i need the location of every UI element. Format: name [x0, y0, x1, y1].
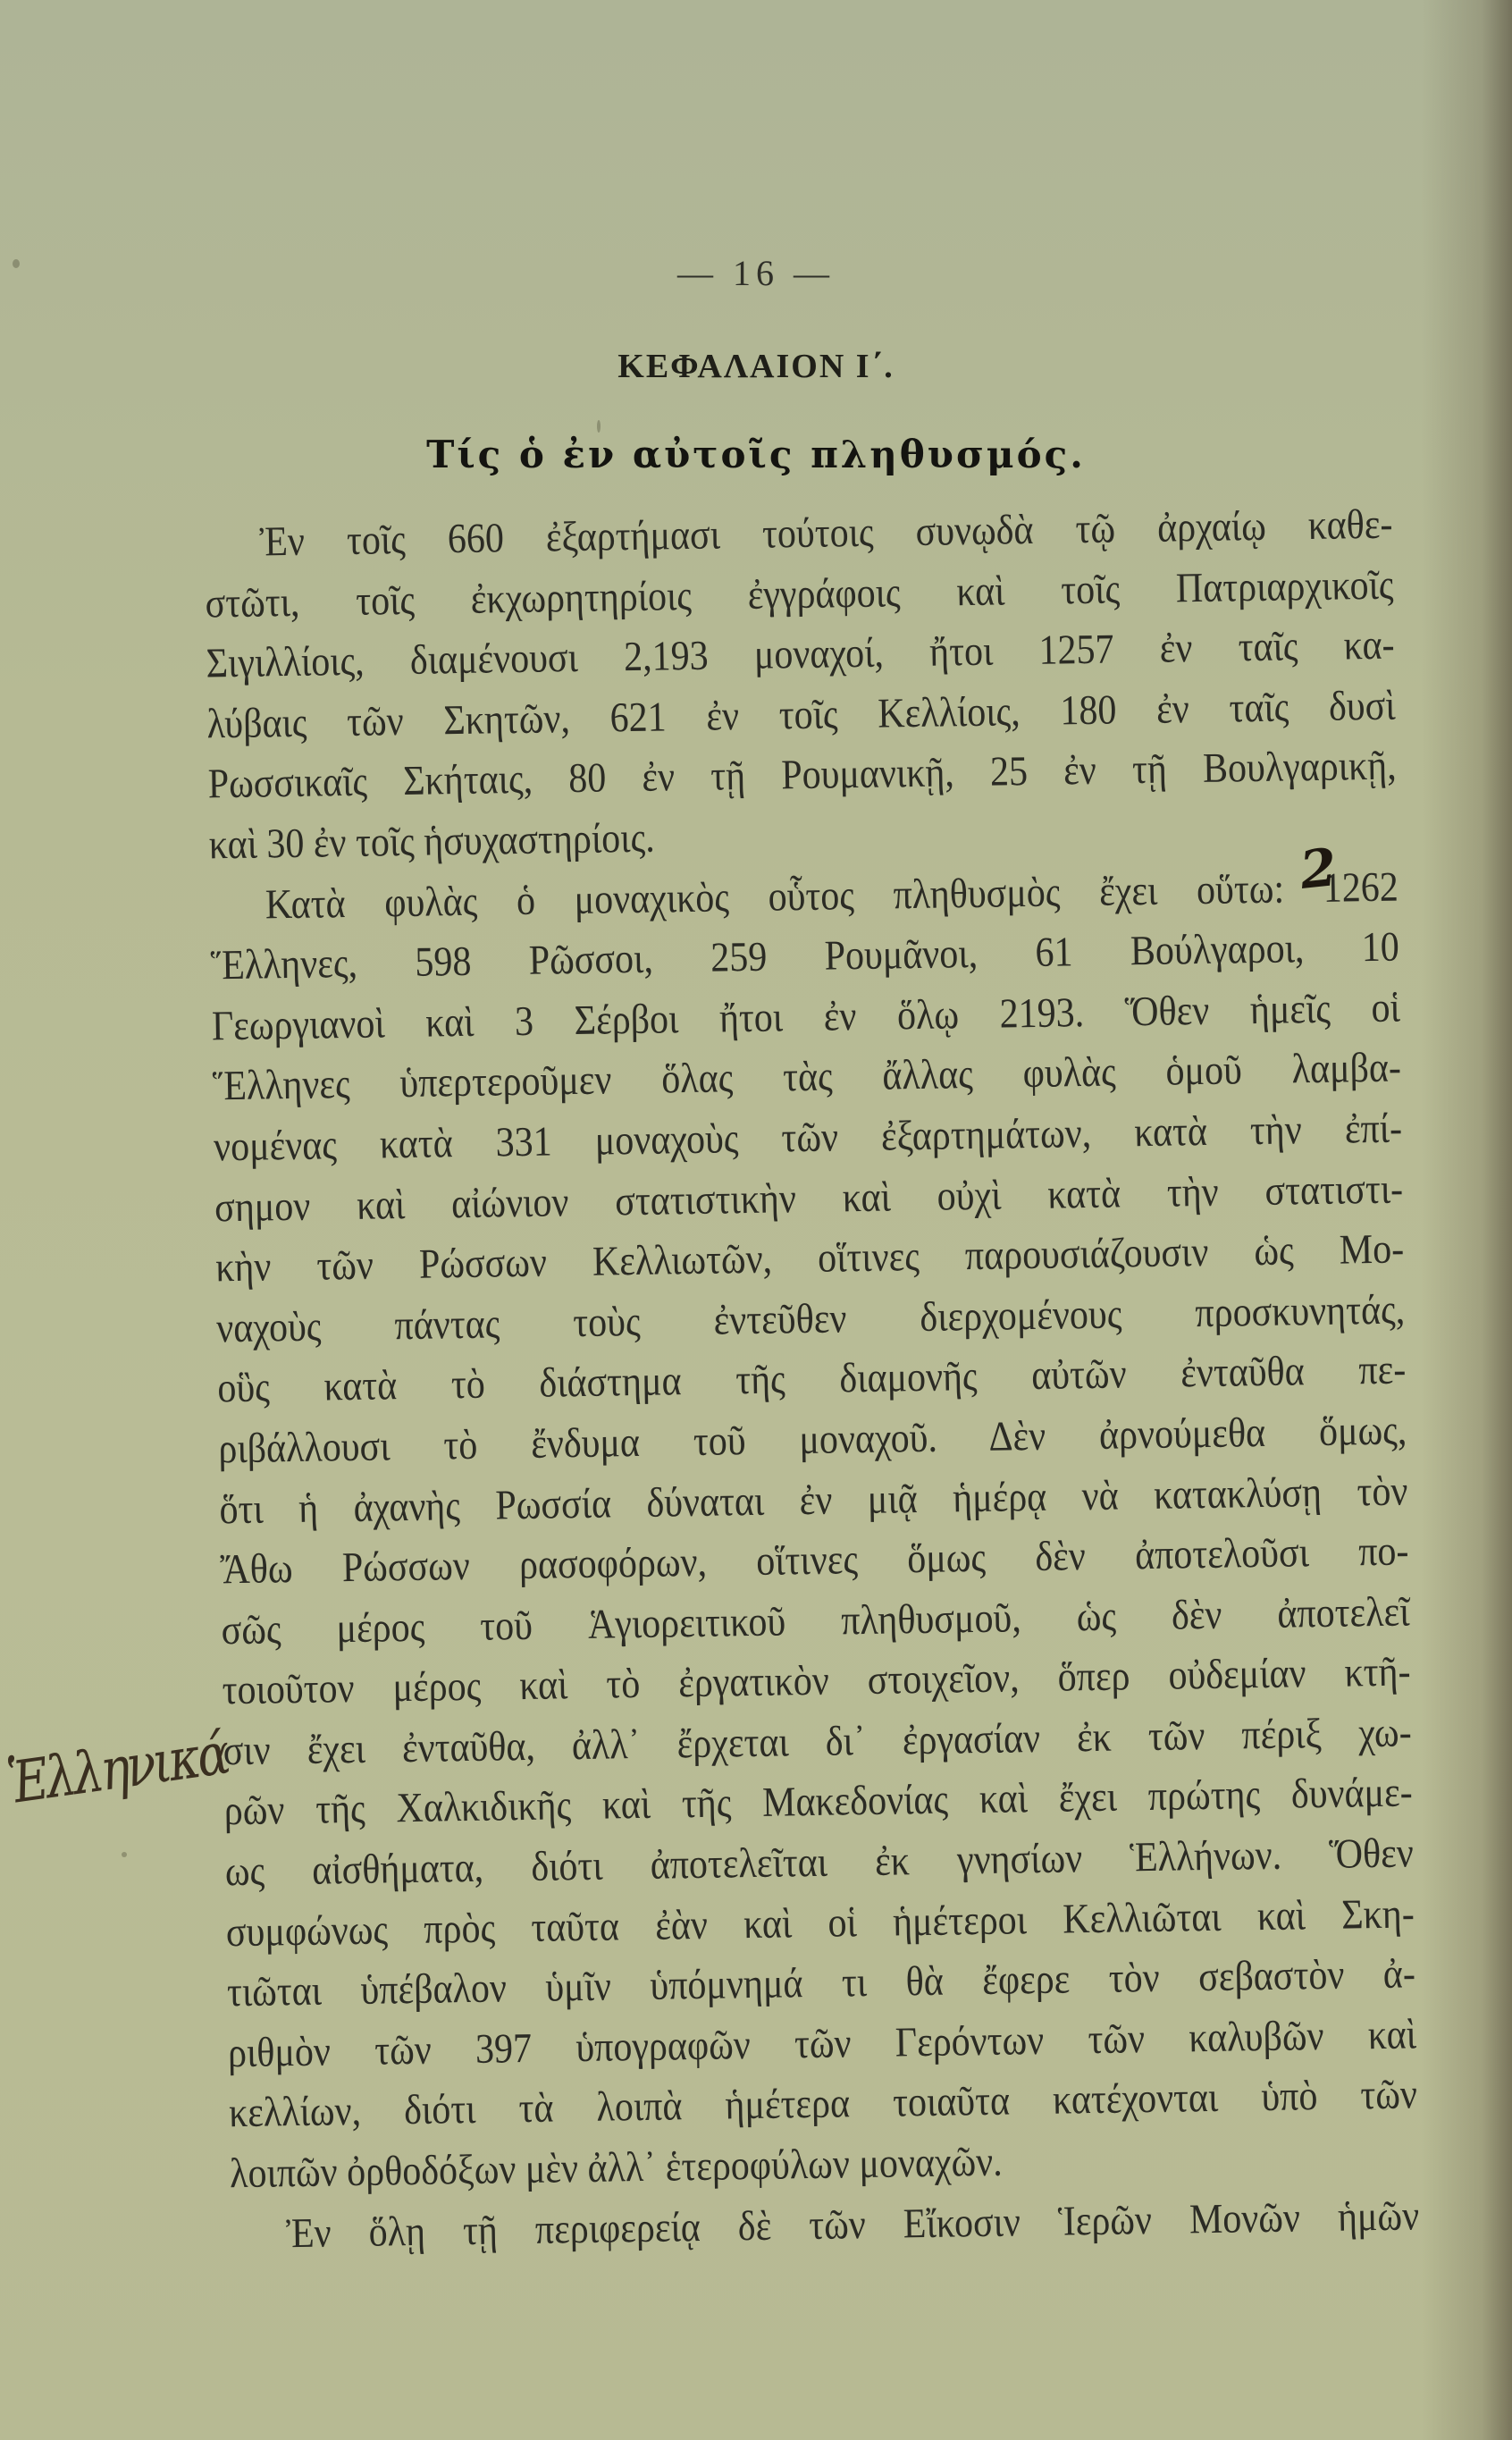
- paper-speck: [122, 1852, 127, 1857]
- scanned-book-page: — 16 — ΚΕΦΑΛΑΙΟΝ Ι΄. Τίς ὁ ἐν αὐτοῖς πλη…: [0, 0, 1512, 2440]
- paper-speck: [597, 420, 601, 433]
- section-title: Τίς ὁ ἐν αὐτοῖς πληθυσμός.: [0, 433, 1512, 476]
- page-number: — 16 —: [0, 252, 1512, 294]
- handwritten-digit-correction: 2: [1298, 837, 1340, 901]
- handwritten-margin-note: Ἑλληνικά: [4, 1721, 231, 1818]
- chapter-title: ΚΕΦΑΛΑΙΟΝ Ι΄.: [0, 347, 1512, 386]
- paper-speck: [13, 259, 20, 268]
- body-text: Ἐν τοῖς 660 ἐξαρτήμασι τούτοις συνῳδὰ τῷ…: [204, 495, 1420, 2266]
